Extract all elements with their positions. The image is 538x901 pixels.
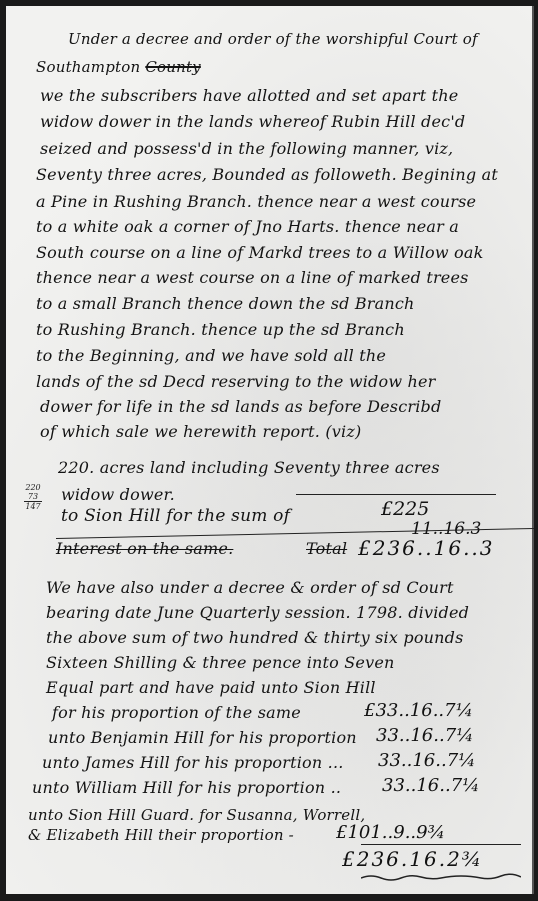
text-line: Equal part and have paid unto Sion Hill (46, 678, 376, 697)
distribution-amount: 33..16..7¼ (376, 725, 474, 746)
struck-text: County (145, 58, 201, 76)
distribution-amount: 33..16..7¼ (378, 750, 476, 771)
distribution-amount: £33..16..7¼ (364, 700, 473, 721)
distribution-text: for his proportion of the same (52, 703, 301, 722)
text-line: lands of the sd Decd reserving to the wi… (36, 372, 436, 391)
text-line: we the subscribers have allotted and set… (40, 86, 458, 105)
manuscript-page: Under a decree and order of the worshipf… (6, 6, 534, 894)
total-amount: £236..16..3 (358, 536, 495, 560)
text-line: to Rushing Branch. thence up the sd Bran… (36, 320, 405, 339)
text-fragment: Southampton (36, 58, 145, 76)
text-line: Southampton County Southampton County (36, 58, 201, 76)
grand-total: £236.16.2¾ (342, 847, 483, 871)
text-line: seized and possess'd in the following ma… (40, 139, 453, 158)
text-line: We have also under a decree & order of s… (46, 578, 454, 597)
sale-line: Interest on the same. (56, 539, 233, 558)
sale-amount: £225 (381, 498, 429, 520)
text-line: widow dower in the lands whereof Rubin H… (40, 112, 465, 131)
text-line: Under a decree and order of the worshipf… (68, 30, 478, 48)
ledger-rule (296, 494, 496, 495)
text-line: the above sum of two hundred & thirty si… (46, 628, 464, 647)
margin-result: 147 (24, 501, 42, 511)
distribution-amount: 33..16..7¼ (382, 775, 480, 796)
text-line: of which sale we herewith report. (viz) (40, 422, 361, 441)
text-line: to a white oak a corner of Jno Harts. th… (36, 217, 459, 236)
text-line: a Pine in Rushing Branch. thence near a … (36, 192, 476, 211)
distribution-text: unto James Hill for his proportion ... (42, 753, 344, 772)
sale-line: widow dower. (61, 485, 175, 504)
distribution-text: unto William Hill for his proportion .. (32, 778, 341, 797)
text-line: bearing date June Quarterly session. 179… (46, 603, 469, 622)
ledger-rule (361, 844, 521, 845)
margin-calculation: 220 73 147 (24, 483, 42, 511)
final-entry-line: & Elizabeth Hill their proportion - (28, 826, 294, 844)
text-line: Seventy three acres, Bounded as followet… (36, 165, 498, 184)
final-entry-amount: £101..9..9¾ (336, 822, 445, 843)
text-line: South course on a line of Markd trees to… (36, 243, 484, 262)
sale-line: to Sion Hill for the sum of (61, 506, 290, 526)
distribution-text: unto Benjamin Hill for his proportion (48, 728, 357, 747)
text-line: Sixteen Shilling & three pence into Seve… (46, 653, 395, 672)
text-line: dower for life in the sd lands as before… (40, 397, 441, 416)
margin-number: 73 (24, 492, 42, 501)
sale-line: 220. acres land including Seventy three … (58, 458, 440, 477)
margin-number: 220 (24, 483, 42, 492)
final-entry-line: unto Sion Hill Guard. for Susanna, Worre… (28, 806, 365, 824)
text-line: thence near a west course on a line of m… (36, 268, 469, 287)
underline-flourish (361, 872, 521, 882)
total-label: Total (306, 539, 347, 558)
text-line: to the Beginning, and we have sold all t… (36, 346, 386, 365)
text-line: to a small Branch thence down the sd Bra… (36, 294, 415, 313)
